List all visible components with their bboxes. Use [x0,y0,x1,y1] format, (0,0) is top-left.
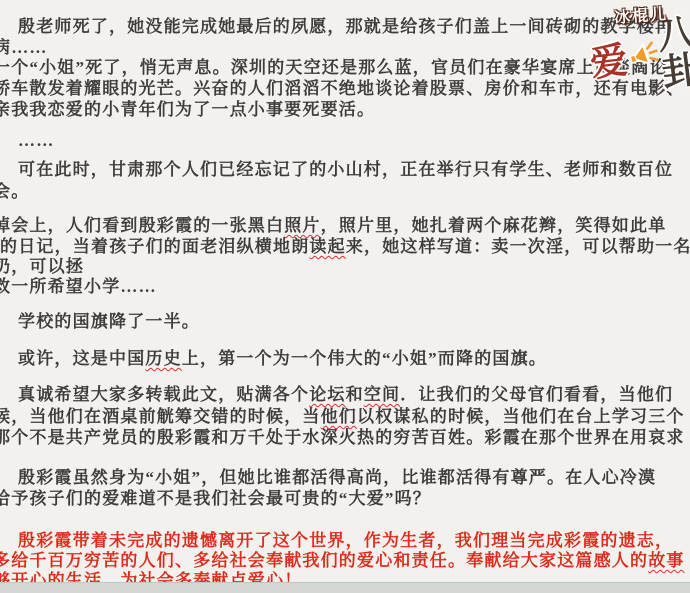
text-run: ，照片里，她扎着两个麻花辫，笑得如此单 [321,216,667,235]
text-run: 以权谋私的时候，当他们在台上学习三个 [357,407,685,426]
misspell-underline: 故事 [648,551,684,570]
text-run: 候，当他们在酒桌前觥筹交错的时候，当 [0,407,321,426]
text-line: 那个不是共产党员的殷彩霞和万千处于水深火热的穷苦百姓。彩霞在那个世界在用哀求 [0,428,685,447]
text-run: 来，她这样写道：卖一次淫，可以帮助一名 [346,237,690,256]
text-line: 奶，可以拯 [0,257,84,276]
text-line: 的日记，当着孩子们的面老泪纵横地朗读起来，她这样写道：卖一次淫，可以帮助一名 [0,237,690,256]
misspell-underline: 历史 [145,349,181,368]
text-line: 病…… [0,38,48,57]
text-line: 多给千百万穷苦的人们、多给社会奉献我们的爱心和责任。奉献给大家这篇感人的故事 [0,551,685,570]
text-run: 殷彩霞带着未完成的遗憾离开了这个世界，作为生者，我们理当完成彩霞的遗志， [18,531,673,550]
text-line: 殷彩霞带着未完成的遗憾离开了这个世界，作为生者，我们理当完成彩霞的遗志， [0,531,673,550]
text-run: 可在此时，甘肃那个人们已经忘记了的小山村，正在举行只有学生、老师和数百位 [18,160,673,179]
watermark-bingguner: 冰棍儿 [613,1,668,28]
text-line: 救一所希望小学…… [0,277,157,296]
text-run: 和 [346,385,364,404]
text-run: 亲我我恋爱的小青年们为了一点小事要死要活。 [0,100,375,119]
text-line: 会。 [0,182,29,201]
misspell-underline: 读起 [309,237,345,256]
text-run: 一个“小姐”死了，悄无声息。深圳的天空还是那么蓝，官员们在豪华宴席上高谈阔论 [0,58,668,77]
watermark-aibagua: 爱 八卦 [586,14,690,101]
aibagua-ai-char: 爱 [588,41,629,82]
text-run: 殷老师死了，她没能完成她最后的夙愿，那就是给孩子们盖上一间砖砌的教学楼再 [18,17,673,36]
text-run: 病…… [0,38,48,57]
text-run: 那个不是共产党员的殷彩霞和万千处于水深火热的穷苦百姓。彩霞在那个世界在用哀求 [0,428,685,447]
text-run: 会。 [0,182,29,201]
text-line: 或许，这是中国历史上，第一个为一个伟大的“小姐”而降的国旗。 [0,349,547,368]
text-line: 亲我我恋爱的小青年们为了一点小事要死要活。 [0,100,375,119]
misspell-underline: 他们 [321,407,357,426]
text-run: 上，第一个为一个伟大的“小姐”而降的国旗。 [182,349,547,368]
text-run: 奶，可以拯 [0,257,84,276]
text-run: 殷彩霞虽然身为“小姐”，但她比谁都活得高尚，比谁都活得有尊严。在人心冷漠 [18,468,656,487]
text-line: 给予孩子们的爱难道不是我们社会最可贵的“大爱”吗？ [0,489,431,508]
text-line: 一个“小姐”死了，悄无声息。深圳的天空还是那么蓝，官员们在豪华宴席上高谈阔论 [0,58,668,77]
text-run: 悼会上，人们看到殷彩霞的一张黑白 [0,216,284,235]
text-run: 真诚希望大家多转载此文，贴满各个 [18,385,309,404]
text-run: ．让我们的父母官们看看，当他们 [400,385,673,404]
aibagua-bagua-chars: 八卦 [655,14,690,92]
text-run: …… [18,131,54,150]
text-line: 殷彩霞虽然身为“小姐”，但她比谁都活得高尚，比谁都活得有尊严。在人心冷漠 [0,468,656,487]
text-line: 悼会上，人们看到殷彩霞的一张黑白照片，照片里，她扎着两个麻花辫，笑得如此单 [0,216,666,235]
text-run: 或许，这是中国 [18,349,145,368]
text-line: 真诚希望大家多转载此文，贴满各个论坛和空间．让我们的父母官们看看，当他们 [0,385,673,404]
text-run: 多给千百万穷苦的人们、多给社会奉献我们的爱心和责任。奉献给大家这篇感人的 [0,551,648,570]
misspell-underline: 空间 [364,385,400,404]
text-run: 学校的国旗降了一半。 [18,312,200,331]
text-run: 的日记，当着孩子们的面老泪纵横地朗 [0,237,309,256]
bottom-edge-bar [0,582,690,593]
page-background: 冰棍儿 爱 八卦 殷老师死了，她没能完成她最后的夙愿，那就是给孩子们盖上一间砖砌… [0,0,690,593]
text-run: 救一所希望小学…… [0,277,157,296]
misspell-underline: 照片 [284,216,320,235]
text-line: 候，当他们在酒桌前觥筹交错的时候，当他们以权谋私的时候，当他们在台上学习三个 [0,407,685,426]
text-run: 轿车散发着耀眼的光芒。兴奋的人们滔滔不绝地谈论着股票、房价和车市，还有电影、 [0,79,685,98]
text-line: 可在此时，甘肃那个人们已经忘记了的小山村，正在举行只有学生、老师和数百位 [0,160,673,179]
text-line: 学校的国旗降了一半。 [0,312,200,331]
misspell-underline: 论坛 [309,385,345,404]
text-line: …… [0,131,54,150]
text-line: 殷老师死了，她没能完成她最后的夙愿，那就是给孩子们盖上一间砖砌的教学楼再 [0,17,673,36]
text-run: 给予孩子们的爱难道不是我们社会最可贵的“大爱”吗？ [0,489,431,508]
text-line: 轿车散发着耀眼的光芒。兴奋的人们滔滔不绝地谈论着股票、房价和车市，还有电影、 [0,79,685,98]
